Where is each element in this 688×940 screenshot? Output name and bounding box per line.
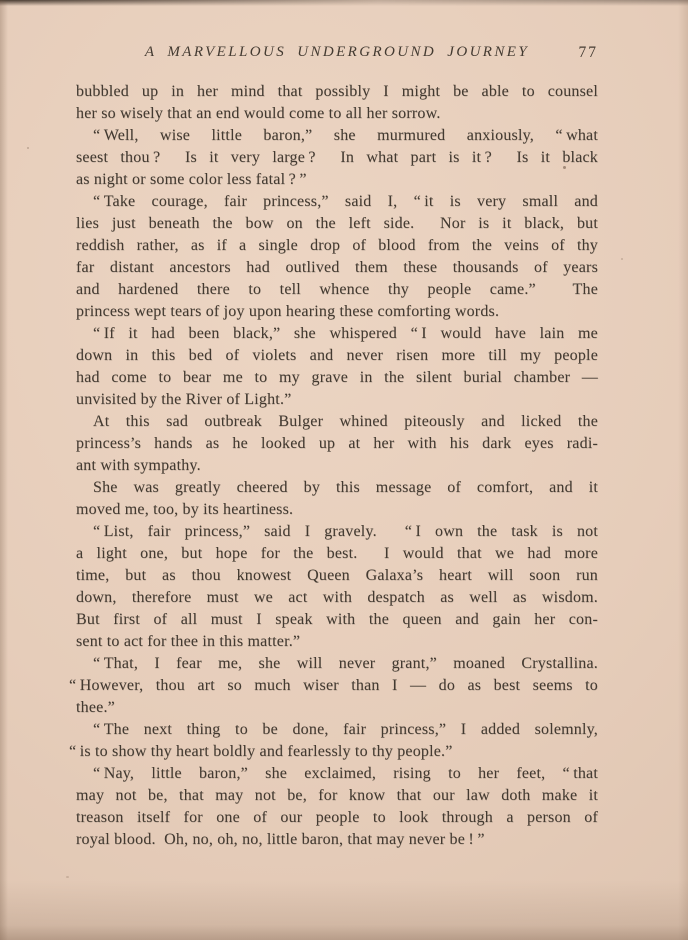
text-line: treason itself for one of our people to …: [76, 807, 598, 829]
text-line: her so wisely that an end would come to …: [76, 103, 598, 125]
text-line: moved me, too, by its heartiness.: [76, 499, 598, 521]
text-line: “ is to show thy heart boldly and fearle…: [76, 741, 598, 763]
text-line: may not be, that may not be, for know th…: [76, 785, 598, 807]
text-line: reddish rather, as if a single drop of b…: [76, 235, 598, 257]
text-line: down, therefore must we act with despatc…: [76, 587, 598, 609]
text-line: and hardened there to tell whence thy pe…: [76, 279, 598, 301]
text-line: “ However, thou art so much wiser than I…: [76, 675, 598, 697]
text-line: “ Take courage, fair princess,” said I, …: [76, 191, 598, 213]
text-line: “ The next thing to be done, fair prince…: [76, 719, 598, 741]
text-line: lies just beneath the bow on the left si…: [76, 213, 598, 235]
page-number: 77: [579, 44, 599, 62]
text-line: “ Nay, little baron,” she exclaimed, ris…: [76, 763, 598, 785]
text-line: as night or some color less fatal ? ”: [76, 169, 598, 191]
text-line: “ List, fair princess,” said I gravely. …: [76, 521, 598, 543]
paper-speck: [621, 258, 623, 260]
text-line: far distant ancestors had outlived them …: [76, 257, 598, 279]
text-line: seest thou ? Is it very large ? In what …: [76, 147, 598, 169]
text-line: But first of all must I speak with the q…: [76, 609, 598, 631]
text-line: princess wept tears of joy upon hearing …: [76, 301, 598, 323]
page-text: bubbled up in her mind that possibly I m…: [76, 81, 598, 851]
text-line: royal blood. Oh, no, oh, no, little baro…: [76, 829, 598, 851]
text-line: time, but as thou knowest Queen Galaxa’s…: [76, 565, 598, 587]
scan-right-edge-shadow: [678, 0, 688, 940]
text-line: ant with sympathy.: [76, 455, 598, 477]
paper-speck: [27, 147, 29, 149]
scan-top-edge-shadow: [0, 0, 688, 6]
running-header: A MARVELLOUS UNDERGROUND JOURNEY 77: [76, 44, 598, 64]
text-line: thee.”: [76, 697, 598, 719]
text-line: down in this bed of violets and never ri…: [76, 345, 598, 367]
text-line: “ If it had been black,” she whispered “…: [76, 323, 598, 345]
text-line: bubbled up in her mind that possibly I m…: [76, 81, 598, 103]
text-line: At this sad outbreak Bulger whined piteo…: [76, 411, 598, 433]
text-line: princess’s hands as he looked up at her …: [76, 433, 598, 455]
text-line: sent to act for thee in this matter.”: [76, 631, 598, 653]
text-line: had come to bear me to my grave in the s…: [76, 367, 598, 389]
running-title: A MARVELLOUS UNDERGROUND JOURNEY: [145, 44, 529, 60]
text-line: “ Well, wise little baron,” she murmured…: [76, 125, 598, 147]
book-page: A MARVELLOUS UNDERGROUND JOURNEY 77 bubb…: [0, 0, 688, 940]
text-line: unvisited by the River of Light.”: [76, 389, 598, 411]
text-line: She was greatly cheered by this message …: [76, 477, 598, 499]
paper-speck: [66, 876, 69, 878]
scan-left-edge-shadow: [0, 0, 8, 940]
text-line: “ That, I fear me, she will never grant,…: [76, 653, 598, 675]
scan-bottom-edge-shadow: [0, 880, 688, 940]
text-line: a light one, but hope for the best. I wo…: [76, 543, 598, 565]
